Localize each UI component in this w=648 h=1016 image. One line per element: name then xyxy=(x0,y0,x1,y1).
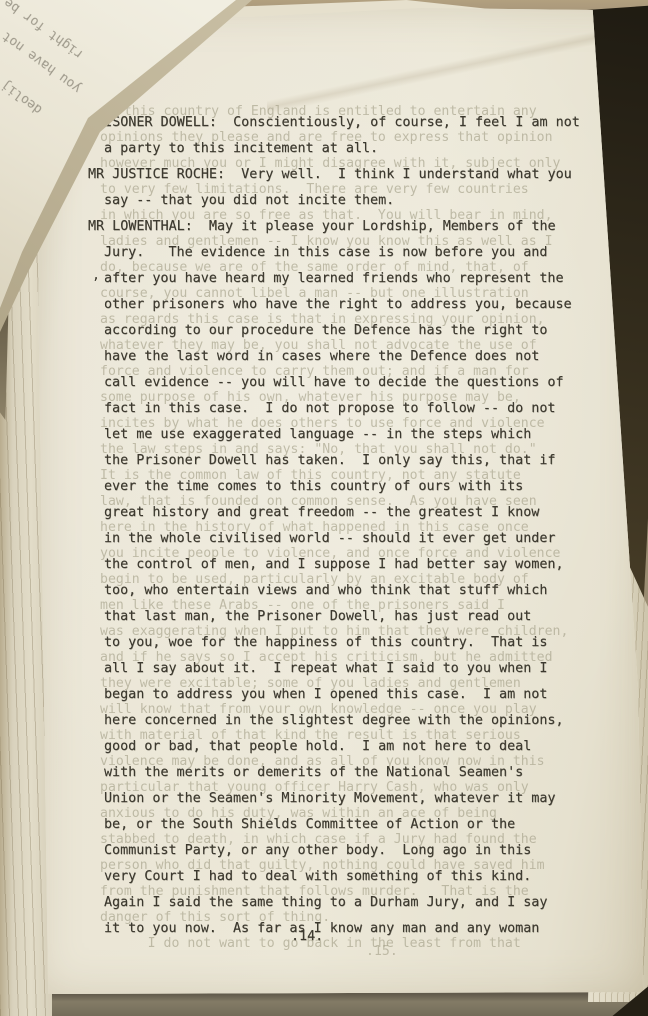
page-number: .14. xyxy=(291,929,323,944)
transcript-line: it to you now. As far as I know any man … xyxy=(88,916,588,942)
transcript-line: in the whole civilised world -- should i… xyxy=(88,526,588,552)
transcript-line: let me use exaggerated language -- in th… xyxy=(88,422,588,448)
transcript-line: Jury. The evidence in this case is now b… xyxy=(88,240,588,266)
transcript-line: say -- that you did not incite them. xyxy=(88,188,588,214)
transcript-line: call evidence -- you will have to decide… xyxy=(88,370,588,396)
transcript-line: MR LOWENTHAL: May it please your Lordshi… xyxy=(88,214,588,240)
transcript-line: all I say about it. I repeat what I said… xyxy=(88,656,588,682)
transcript-line: MR JUSTICE ROCHE: Very well. I think I u… xyxy=(88,162,588,188)
transcript-line: ever the time comes to this country of o… xyxy=(88,474,588,500)
transcript-line: the control of men, and I suppose I had … xyxy=(88,552,588,578)
transcript-line: here concerned in the slightest degree w… xyxy=(88,708,588,734)
book-photo: in this country of England is entitled t… xyxy=(0,0,648,1016)
transcript-line: good or bad, that people hold. I am not … xyxy=(88,734,588,760)
transcript-line: began to address you when I opened this … xyxy=(88,682,588,708)
transcript-line: with the merits or demerits of the Natio… xyxy=(88,760,588,786)
margin-comma-mark: , xyxy=(92,268,100,283)
transcript-line: have the last word in cases where the De… xyxy=(88,344,588,370)
transcript-line: to you, woe for the happiness of this co… xyxy=(88,630,588,656)
folded-corner-text: right for be xyxy=(2,0,87,62)
transcript-line: according to our procedure the Defence h… xyxy=(88,318,588,344)
bleedthrough-page-number: .15. xyxy=(366,944,398,959)
folded-corner-text: deolij xyxy=(0,77,45,117)
transcript-text: PRISONER DOWELL: Conscientiously, of cou… xyxy=(88,110,588,942)
transcript-line: a party to this incitement at all. xyxy=(88,136,588,162)
transcript-line: Communist Party, or any other body. Long… xyxy=(88,838,588,864)
transcript-line: be, or the South Shields Committee of Ac… xyxy=(88,812,588,838)
transcript-line: very Court I had to deal with something … xyxy=(88,864,588,890)
transcript-line: that last man, the Prisoner Dowell, has … xyxy=(88,604,588,630)
transcript-line: PRISONER DOWELL: Conscientiously, of cou… xyxy=(88,110,588,136)
transcript-line: after you have heard my learned friends … xyxy=(88,266,588,292)
transcript-line: the Prisoner Dowell has taken. I only sa… xyxy=(88,448,588,474)
transcript-line: fact in this case. I do not propose to f… xyxy=(88,396,588,422)
transcript-line: other prisoners who have the right to ad… xyxy=(88,292,588,318)
transcript-line: Again I said the same thing to a Durham … xyxy=(88,890,588,916)
transcript-line: great history and great freedom -- the g… xyxy=(88,500,588,526)
transcript-line: too, who entertain views and who think t… xyxy=(88,578,588,604)
transcript-line: Union or the Seamen's Minority Movement,… xyxy=(88,786,588,812)
